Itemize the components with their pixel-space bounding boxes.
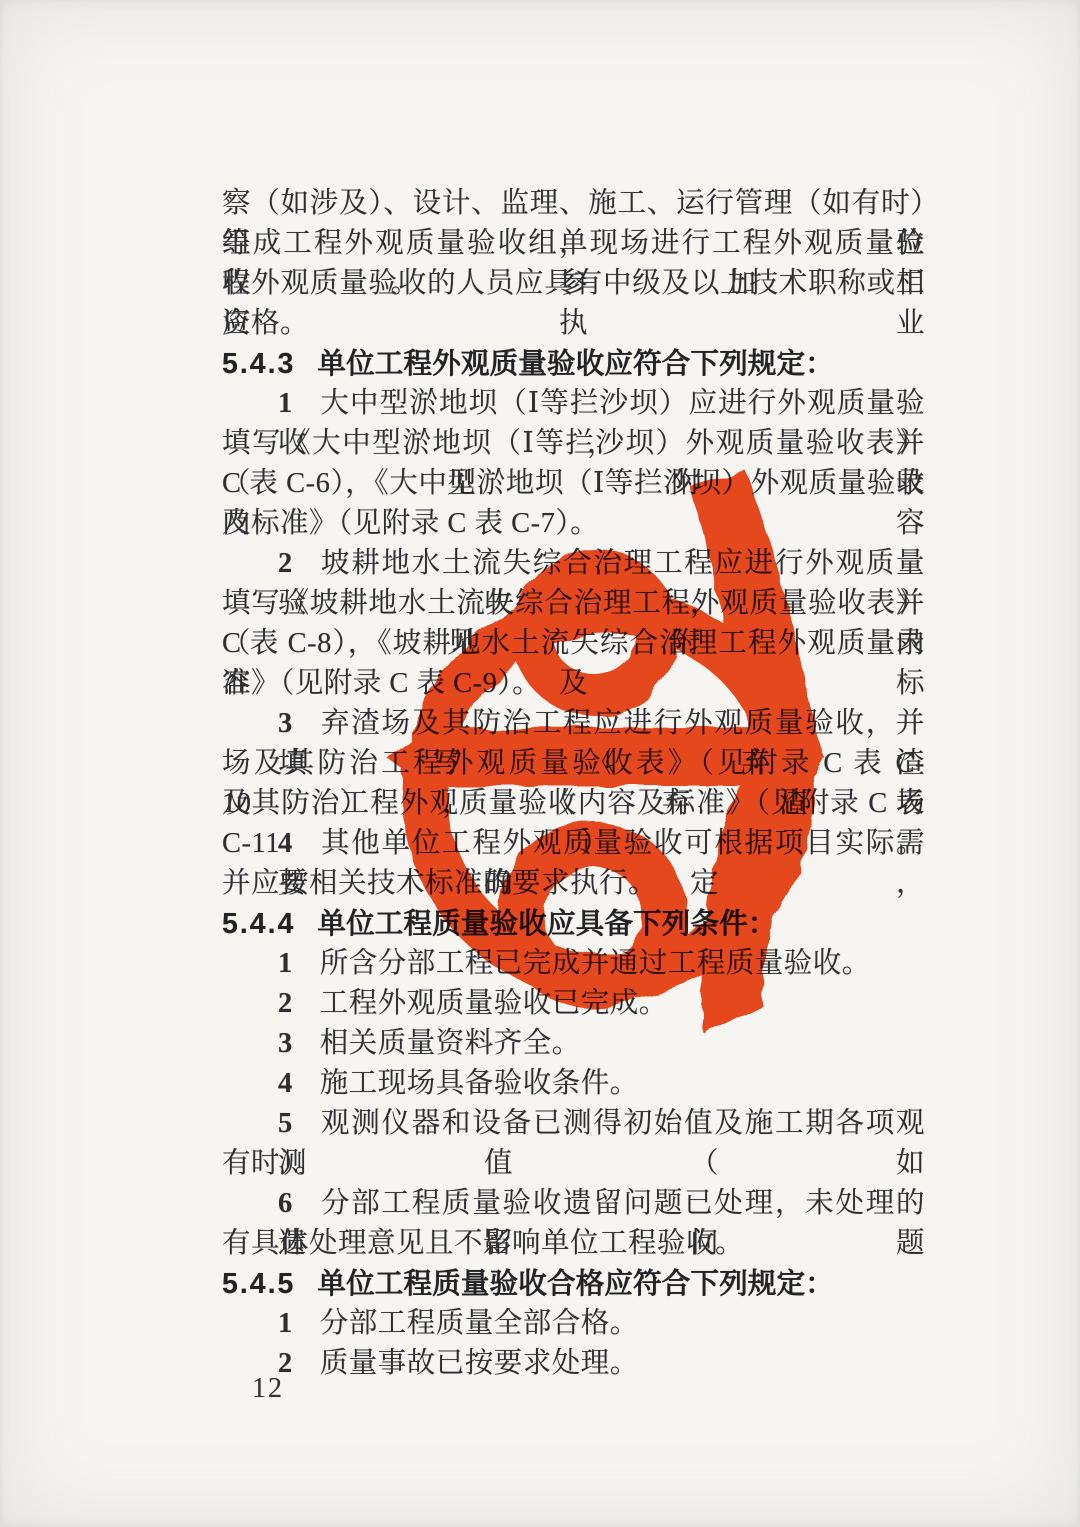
- text-line: 程外观质量验收的人员应具有中级及以上技术职称或相应执业: [222, 264, 925, 304]
- item-number: 6: [278, 1188, 293, 1219]
- line-text: 分部工程质量全部合格。: [320, 1308, 639, 1339]
- item-number: 1: [278, 948, 293, 979]
- text-line: 6分部工程质量验收遗留问题已处理，未处理的遗留问题: [222, 1184, 925, 1224]
- line-text: 所含分部工程已完成并通过工程质量验收。: [320, 948, 871, 979]
- text-line: 3弃渣场及其防治工程应进行外观质量验收，并填写《弃渣: [222, 704, 925, 744]
- line-text: 工程外观质量验收已完成。: [320, 988, 668, 1019]
- item-number: 1: [278, 1308, 293, 1339]
- line-text: 观测仪器和设备已测得初始值及施工期各项观测值（如: [278, 1108, 925, 1179]
- clause-number: 5.4.5: [222, 1268, 295, 1300]
- line-text: 有具体处理意见且不影响单位工程验收。: [222, 1228, 744, 1259]
- line-text: 质量事故已按要求处理。: [320, 1348, 639, 1379]
- document-text-column: 察（如涉及）、设计、监理、施工、运行管理（如有时）等单位组成工程外观质量验收组，…: [222, 184, 925, 1384]
- line-text: 并应按相关技术标准的要求执行。: [222, 868, 657, 899]
- page-number: 12: [252, 1372, 284, 1406]
- text-line: 4施工现场具备验收条件。: [222, 1064, 925, 1104]
- item-number: 3: [278, 1028, 293, 1059]
- clause-heading-line: 5.4.4单位工程质量验收应具备下列条件：: [222, 904, 925, 944]
- clause-heading-line: 5.4.5单位工程质量验收合格应符合下列规定：: [222, 1264, 925, 1304]
- scanned-document-page: { "meta": { "page_number": "12", "stamp"…: [0, 0, 1080, 1527]
- item-number: 3: [278, 708, 293, 739]
- item-number: 1: [278, 388, 293, 419]
- item-number: 5: [278, 1108, 293, 1139]
- line-text: 程外观质量验收的人员应具有中级及以上技术职称或相应执业: [222, 268, 925, 339]
- clause-heading-line: 5.4.3单位工程外观质量验收应符合下列规定：: [222, 344, 925, 384]
- line-text: 施工现场具备验收条件。: [320, 1068, 639, 1099]
- text-line: 填写《坡耕地水土流失综合治理工程外观质量验收表》（见附录: [222, 584, 925, 624]
- text-line: 1分部工程质量全部合格。: [222, 1304, 925, 1344]
- text-line: 场及其防治工程外观质量验收表》（见附录 C 表 C-10），《弃渣场: [222, 744, 925, 784]
- text-line: C 表 C-8），《坡耕地水土流失综合治理工程外观质量内容及标: [222, 624, 925, 664]
- text-line: 2工程外观质量验收已完成。: [222, 984, 925, 1024]
- line-text: 相关质量资料齐全。: [320, 1028, 581, 1059]
- line-text: 准》（见附录 C 表 C-9）。: [222, 668, 541, 699]
- line-text: 资格。: [222, 308, 309, 339]
- text-line: C 表 C-6），《大中型淤地坝（Ⅰ等拦沙坝）外观质量验收内容: [222, 464, 925, 504]
- text-line: 3相关质量资料齐全。: [222, 1024, 925, 1064]
- item-number: 2: [278, 988, 293, 1019]
- text-line: 2质量事故已按要求处理。: [222, 1344, 925, 1384]
- clause-number: 5.4.4: [222, 908, 295, 940]
- text-line: 5观测仪器和设备已测得初始值及施工期各项观测值（如: [222, 1104, 925, 1144]
- item-number: 4: [278, 1068, 293, 1099]
- line-text: 有时）。: [222, 1148, 324, 1179]
- line-text: 单位工程质量验收合格应符合下列规定：: [317, 1268, 834, 1300]
- clause-number: 5.4.3: [222, 348, 295, 380]
- line-text: 单位工程外观质量验收应符合下列规定：: [317, 348, 834, 380]
- line-text: 及标准》（见附录 C 表 C-7）。: [222, 508, 599, 539]
- text-line: 2坡耕地水土流失综合治理工程应进行外观质量验收，并: [222, 544, 925, 584]
- text-line: 填写《大中型淤地坝（Ⅰ等拦沙坝）外观质量验收表》（见附录: [222, 424, 925, 464]
- text-line: 4其他单位工程外观质量验收可根据项目实际需要确定，: [222, 824, 925, 864]
- text-line: 察（如涉及）、设计、监理、施工、运行管理（如有时）等单位: [222, 184, 925, 224]
- text-line: 1大中型淤地坝（Ⅰ等拦沙坝）应进行外观质量验收，并: [222, 384, 925, 424]
- text-line: 及其防治工程外观质量验收内容及标准》（见附录 C 表 C-11）。: [222, 784, 925, 824]
- text-line: 1所含分部工程已完成并通过工程质量验收。: [222, 944, 925, 984]
- item-number: 4: [278, 828, 293, 859]
- line-text: 单位工程质量验收应具备下列条件：: [317, 908, 776, 940]
- item-number: 2: [278, 548, 293, 579]
- text-line: 组成工程外观质量验收组，现场进行工程外观质量验收。参加工: [222, 224, 925, 264]
